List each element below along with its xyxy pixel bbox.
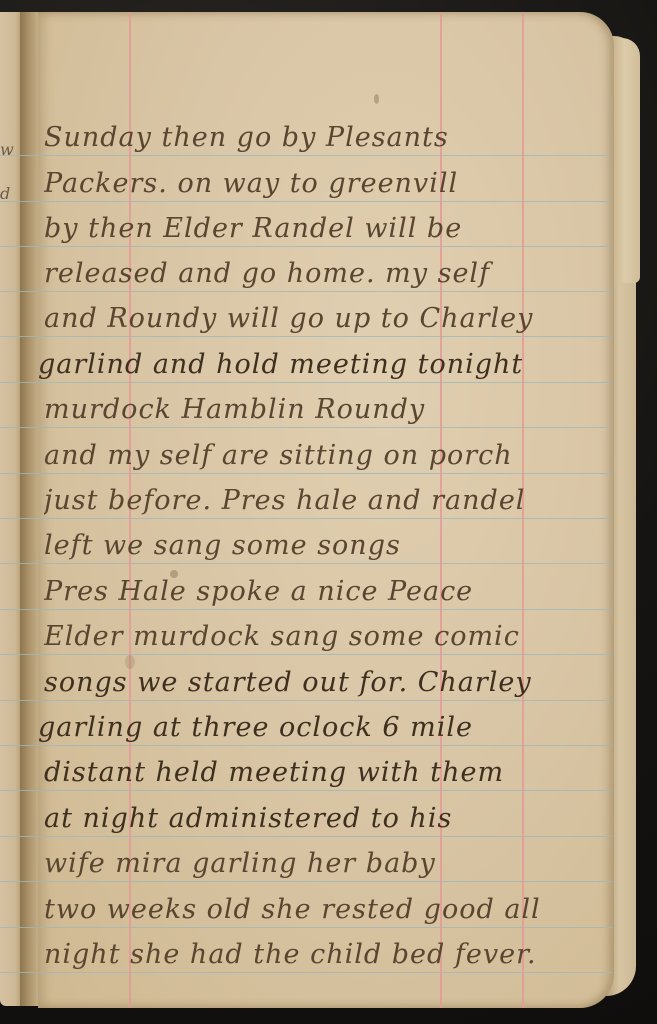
text-line: at night administered to his [44, 803, 604, 834]
text-line: wife mira garling her baby [44, 848, 604, 879]
text-line: and Roundy will go up to Charley [44, 303, 604, 334]
text-line: Packers. on way to greenvill [44, 168, 604, 199]
text-line: distant held meeting with them [44, 757, 604, 788]
text-line: Sunday then go by Plesants [44, 122, 604, 153]
text-line: Elder murdock sang some comic [44, 621, 604, 652]
text-line: Pres Hale spoke a nice Peace [44, 576, 604, 607]
handwritten-text: Sunday then go by Plesants Packers. on w… [0, 0, 657, 1024]
text-line: songs we started out for. Charley [44, 667, 604, 698]
text-line: two weeks old she rested good all [44, 894, 604, 925]
text-line: just before. Pres hale and randel [44, 485, 604, 516]
text-line: murdock Hamblin Roundy [44, 394, 604, 425]
text-line: by then Elder Randel will be [44, 213, 604, 244]
text-line: released and go home. my self [44, 258, 604, 289]
text-line: left we sang some songs [44, 530, 604, 561]
text-line: and my self are sitting on porch [44, 440, 604, 471]
text-line: night she had the child bed fever. [44, 939, 604, 970]
text-line: garling at three oclock 6 mile [38, 712, 598, 743]
text-line: garlind and hold meeting tonight [38, 349, 598, 380]
